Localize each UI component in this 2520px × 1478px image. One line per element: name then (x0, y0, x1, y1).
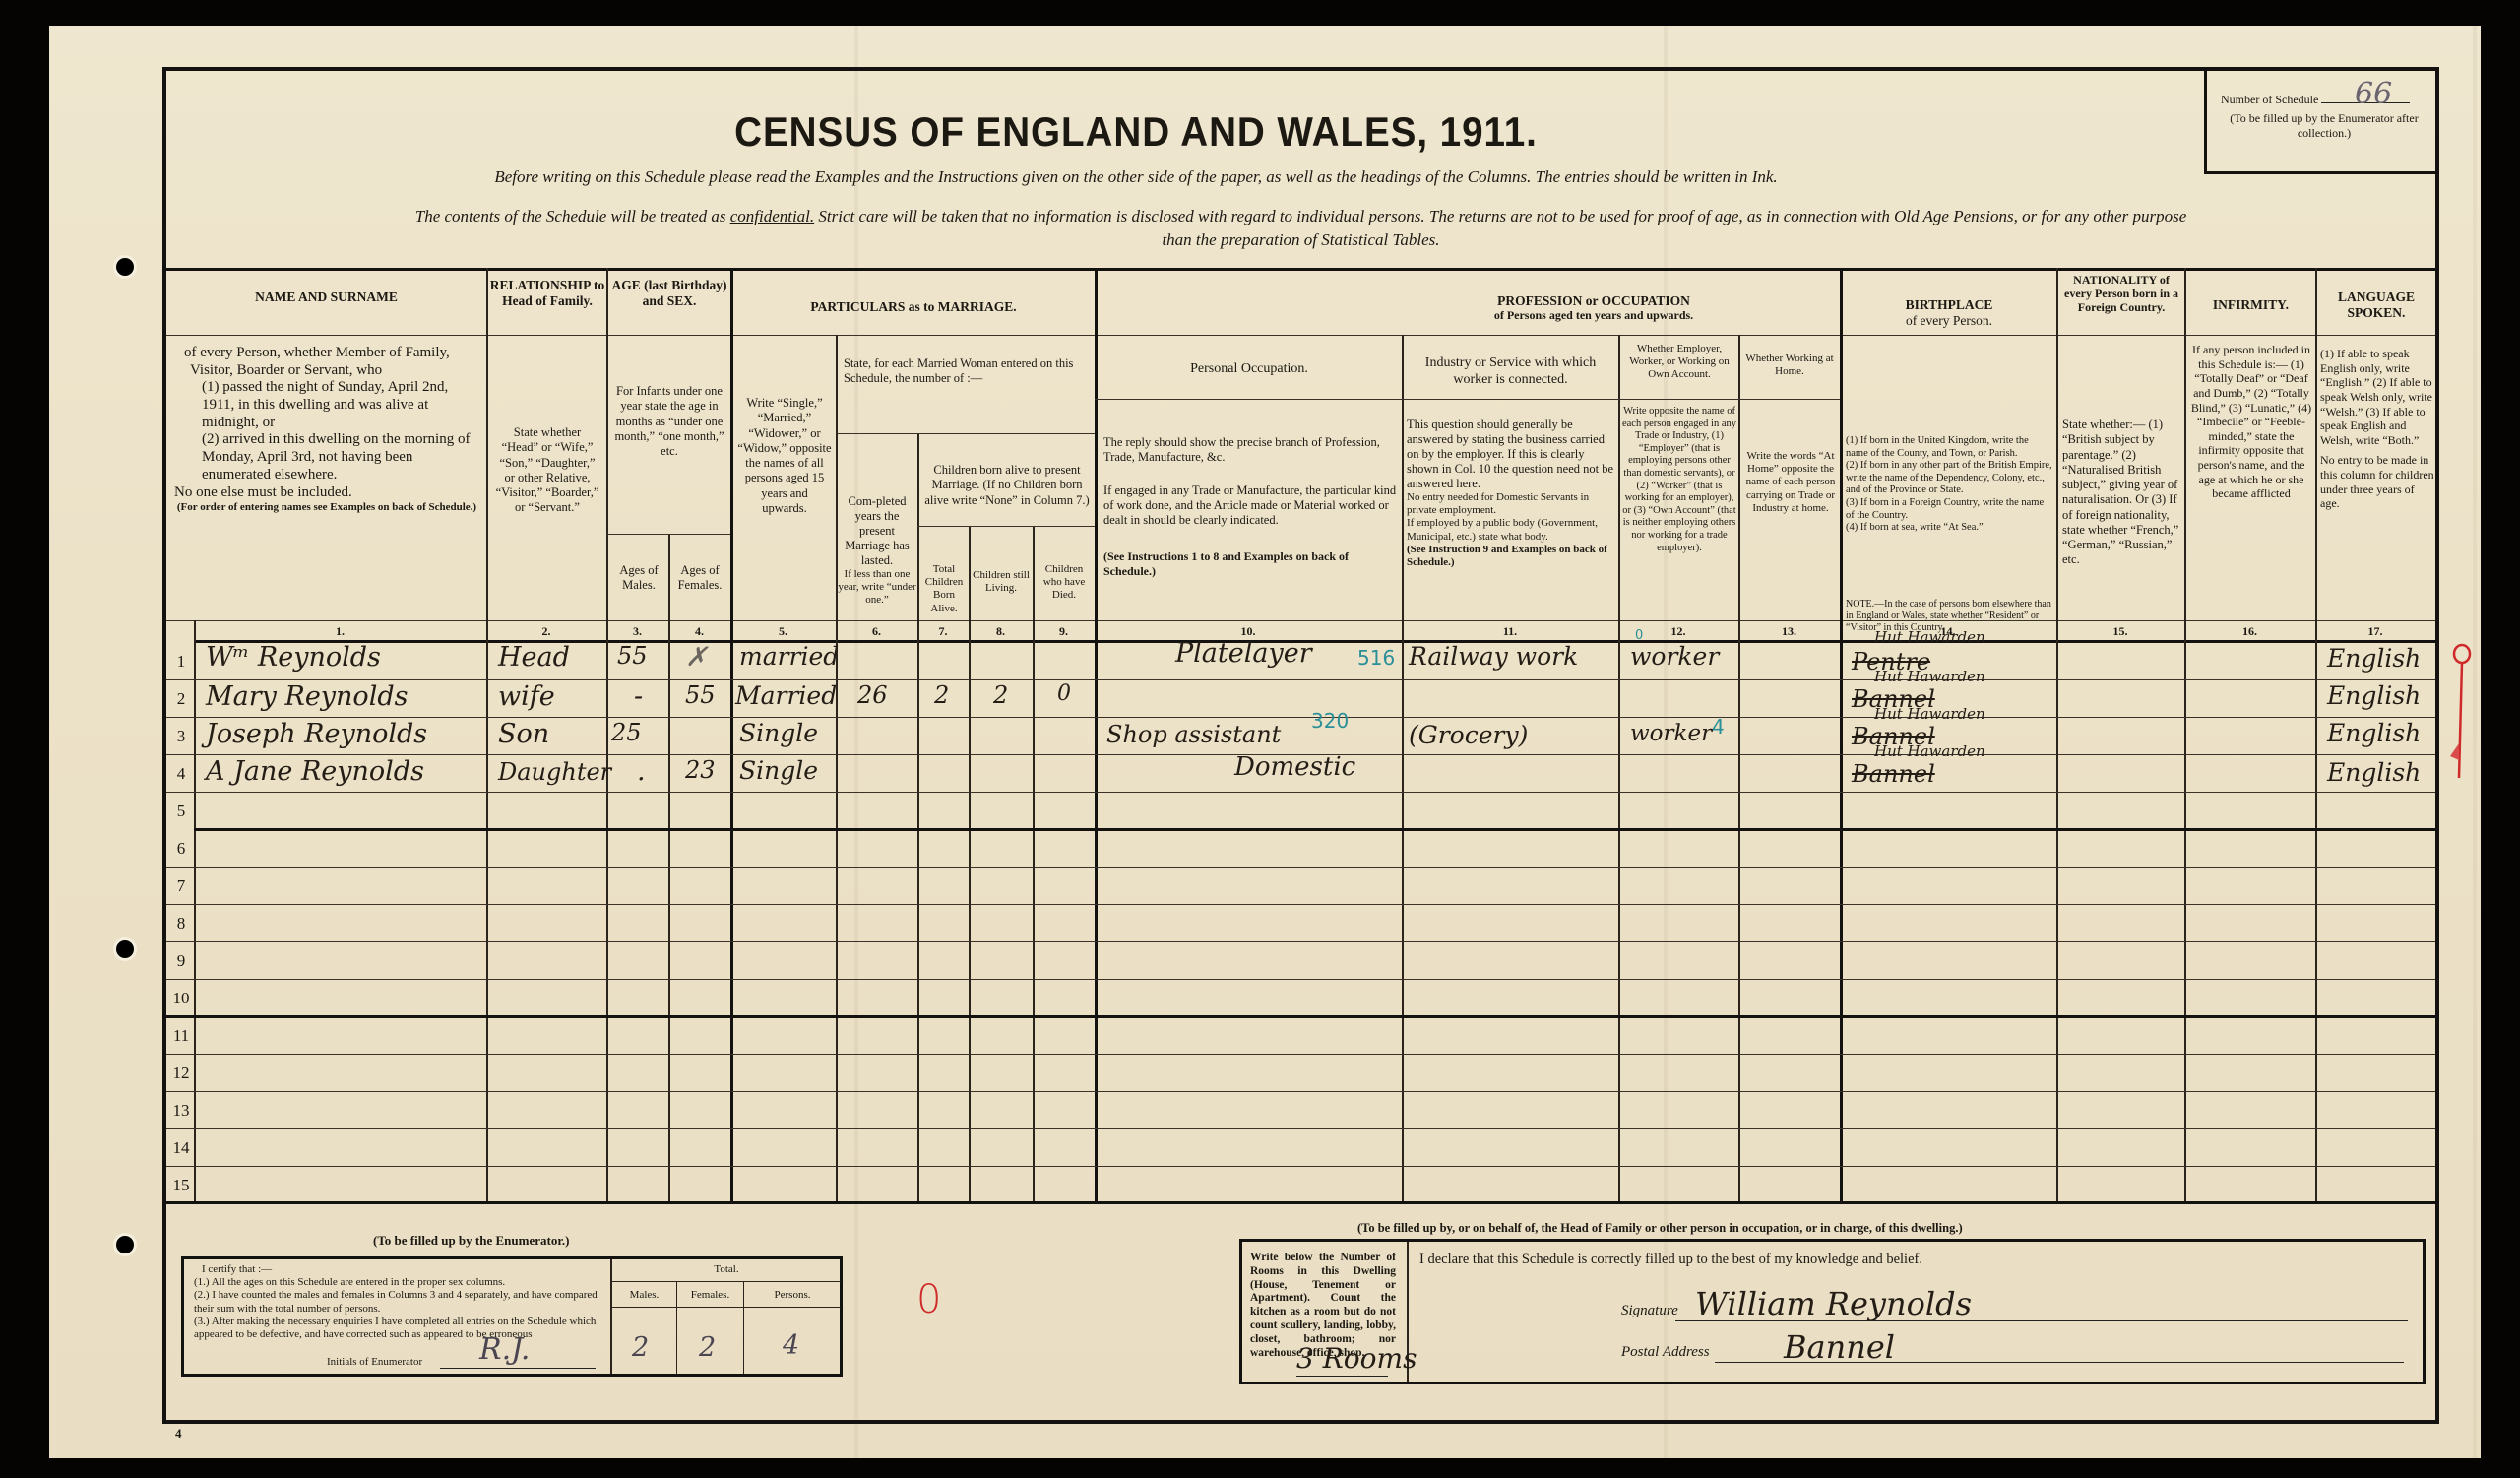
schedule-number-box: Number of Schedule 66 (To be filled up b… (2204, 71, 2435, 174)
row-number: 10 (166, 989, 196, 1008)
females-label: Females. (677, 1289, 743, 1302)
person-birthplace: Bannel (1852, 760, 1935, 788)
males-label: Males. (612, 1289, 676, 1302)
header-age-desc: For Infants under one year state the age… (611, 384, 727, 459)
person-age-female: ✗ (685, 642, 708, 673)
row-number: 4 (166, 764, 196, 784)
red-margin-mark (2446, 640, 2476, 788)
signature-value: William Reynolds (1695, 1285, 1972, 1322)
schedule-number-note: (To be filled up by the Enumerator after… (2221, 111, 2427, 141)
total-rule (612, 1281, 841, 1282)
birthplace-correction: Hut Hawarden (1874, 705, 1985, 723)
person-relationship: Head (498, 642, 570, 673)
row-number: 14 (166, 1138, 196, 1158)
header-industry-desc: This question should generally be answer… (1407, 418, 1615, 569)
enumerator-initials-label: Initials of Enumerator (327, 1356, 422, 1369)
children-died: 0 (1057, 681, 1071, 706)
col-divider-14 (2056, 268, 2058, 1201)
header-marriage-children: Children born alive to present Marriage.… (920, 463, 1094, 508)
person-industry: Railway work (1409, 642, 1578, 671)
header-language: LANGUAGE SPOKEN. (2317, 289, 2435, 320)
col-divider-5 (836, 335, 838, 1201)
header-industry: Industry or Service with which worker is… (1405, 354, 1616, 388)
person-industry: (Grocery) (1409, 721, 1528, 749)
rooms-underline (1296, 1376, 1388, 1377)
person-occupation: Platelayer (1175, 638, 1312, 669)
postal-address-value: Bannel (1784, 1328, 1895, 1366)
age-subheader-rule (606, 534, 730, 535)
enumerator-certificate-box: I certify that :— (1.) All the ages on t… (181, 1256, 843, 1377)
person-name: Joseph Reynolds (206, 719, 427, 749)
schedule-number-label: Number of Schedule (2221, 93, 2318, 106)
person-age-female: 23 (685, 756, 716, 784)
confidential-line-2: than the preparation of Statistical Tabl… (166, 230, 2435, 250)
schedule-number-value: 66 (2355, 77, 2392, 111)
person-employment: worker (1630, 721, 1712, 746)
schedule-frame: CENSUS OF ENGLAND AND WALES, 1911. Befor… (162, 67, 2439, 1424)
row-line-9 (166, 979, 2435, 980)
header-marriage: PARTICULARS as to MARRIAGE. (732, 299, 1095, 315)
punch-hole-bottom (116, 1236, 134, 1253)
header-infirmity-desc: If any person included in this Schedule … (2189, 343, 2313, 501)
person-age-female: 55 (685, 681, 716, 709)
person-marital: married (739, 642, 839, 671)
row-line-6 (166, 867, 2435, 868)
page-mark: 4 (175, 1426, 182, 1442)
row-line-8 (166, 941, 2435, 942)
person-occupation: Shop assistant (1106, 721, 1281, 748)
total-rule-2 (612, 1307, 841, 1308)
row-number: 1 (166, 652, 196, 672)
employment-code: 0 (1635, 628, 1643, 643)
person-relationship: wife (498, 681, 555, 712)
header-marriage-completed: Com-pleted years the present Marriage ha… (838, 494, 916, 608)
total-females: 2 (699, 1332, 716, 1363)
header-language-desc: (1) If able to speak English only, write… (2320, 347, 2434, 511)
row-line-2 (166, 717, 2435, 718)
person-name: Wᵐ Reynolds (206, 642, 381, 673)
occupation-code: 320 (1311, 709, 1349, 733)
birthplace-correction: Hut Hawarden (1874, 668, 1985, 685)
person-age-male: 55 (617, 642, 648, 670)
header-total-born: Total Children Born Alive. (919, 563, 969, 615)
row-number: 9 (166, 951, 196, 971)
punch-hole-top (116, 258, 134, 276)
person-age-male: . (637, 756, 646, 787)
col-divider-6 (917, 433, 919, 1201)
col-divider-1 (486, 268, 488, 1201)
row-line-12 (166, 1091, 2435, 1092)
instruction-line: Before writing on this Schedule please r… (166, 167, 2106, 187)
children-living: 2 (993, 681, 1008, 709)
row-line-7 (166, 904, 2435, 905)
row-number: 6 (166, 839, 196, 859)
table-top-rule (166, 268, 2435, 271)
header-name: NAME AND SURNAME (166, 289, 486, 305)
marriage-subheader-rule (836, 433, 1095, 434)
col-divider-15 (2184, 268, 2186, 1201)
declaration-text: I declare that this Schedule is correctl… (1419, 1252, 1922, 1268)
person-name: Mary Reynolds (206, 681, 408, 712)
birthplace-correction: Hut Hawarden (1874, 628, 1985, 646)
postal-address-label: Postal Address (1621, 1344, 1710, 1361)
householder-box: Write below the Number of Rooms in this … (1239, 1239, 2425, 1384)
employment-code: 4 (1712, 715, 1725, 739)
header-birthplace-desc: (1) If born in the United Kingdom, write… (1846, 435, 2052, 535)
initials-underline (440, 1368, 596, 1369)
col-divider-11 (1618, 335, 1620, 1201)
total-divider (610, 1259, 612, 1374)
header-marriage-write: Write “Single,” “Married,” “Widower,” or… (737, 396, 832, 516)
person-employment: worker (1630, 642, 1719, 671)
person-marital: Single (739, 719, 818, 747)
header-home-desc: Write the words “At Home” opposite the n… (1743, 450, 1838, 515)
row-line-13 (166, 1128, 2435, 1129)
header-relationship-desc: State whether “Head” or “Wife,” “Son,” “… (494, 425, 600, 516)
col-divider-2 (606, 268, 608, 1201)
person-marital: Married (735, 681, 837, 710)
header-split-rule (166, 335, 2435, 336)
enumerator-certify-text: I certify that :— (1.) All the ages on t… (194, 1263, 607, 1341)
header-employer-desc: Write opposite the name of each person e… (1621, 406, 1737, 554)
row-number: 7 (166, 876, 196, 896)
row-number: 8 (166, 914, 196, 933)
table-bottom-rule (166, 1201, 2435, 1204)
colnum-top-rule (166, 620, 2435, 621)
enumerator-heading: (To be filled up by the Enumerator.) (373, 1233, 569, 1249)
header-nationality: NATIONALITY of every Person born in a Fo… (2058, 274, 2184, 314)
birthplace-correction: Hut Hawarden (1874, 742, 1985, 760)
row-line-5 (194, 828, 2435, 831)
punch-hole-middle (116, 940, 134, 958)
header-age-males: Ages of Males. (609, 563, 668, 594)
total-label: Total. (612, 1263, 841, 1276)
header-employer: Whether Employer, Worker, or Working on … (1621, 343, 1737, 382)
header-age: AGE (last Birthday) and SEX. (608, 278, 730, 308)
header-marriage-state: State, for each Married Woman entered on… (844, 356, 1090, 387)
person-language: English (2327, 644, 2421, 673)
header-personal-occupation: Personal Occupation. (1097, 360, 1402, 377)
row-number: 13 (166, 1101, 196, 1121)
red-check-mark: 0 (916, 1277, 941, 1322)
row-number: 15 (166, 1176, 196, 1195)
header-nationality-desc: State whether:— (1) “British subject by … (2062, 418, 2180, 568)
row-number: 2 (166, 689, 196, 709)
occupation-code: 516 (1357, 646, 1395, 670)
header-birthplace: BIRTHPLACE of every Person. (1842, 297, 2056, 328)
row-line-10 (166, 1015, 2435, 1018)
person-language: English (2327, 719, 2421, 747)
row-number: 12 (166, 1063, 196, 1083)
col-divider-13 (1840, 268, 1843, 1201)
total-persons: 4 (783, 1330, 799, 1361)
householder-heading: (To be filled up by, or on behalf of, th… (1357, 1221, 1963, 1236)
signature-label: Signature (1621, 1303, 1678, 1319)
page-title: CENSUS OF ENGLAND AND WALES, 1911. (244, 108, 2028, 156)
employer-subheader-rule (1618, 399, 1840, 400)
header-still-living: Children still Living. (971, 569, 1032, 595)
years-married: 26 (857, 681, 888, 709)
confidential-text-a: The contents of the Schedule will be tre… (415, 207, 730, 225)
col-divider-16 (2315, 268, 2317, 1201)
person-name: A Jane Reynolds (206, 756, 424, 787)
header-age-females: Ages of Females. (670, 563, 729, 594)
row-line-4 (166, 792, 2435, 793)
total-males: 2 (632, 1332, 649, 1363)
header-died: Children who have Died. (1035, 563, 1094, 603)
row-line-11 (166, 1054, 2435, 1055)
person-language: English (2327, 681, 2421, 710)
confidential-text-b: Strict care will be taken that no inform… (814, 207, 2186, 225)
col-divider-9 (1095, 268, 1098, 1201)
header-relationship: RELATIONSHIP to Head of Family. (488, 278, 606, 308)
persons-label: Persons. (744, 1289, 841, 1302)
header-name-desc: of every Person, whether Member of Famil… (174, 345, 479, 514)
confidential-line: The contents of the Schedule will be tre… (166, 207, 2435, 226)
children-subheader-rule (917, 526, 1095, 527)
row-number: 3 (166, 727, 196, 746)
enumerator-initials: R.J. (479, 1332, 530, 1367)
header-home: Whether Working at Home. (1741, 353, 1838, 378)
person-age-male: - (634, 681, 643, 712)
col-divider-10 (1402, 335, 1404, 1201)
person-relationship: Son (498, 719, 549, 749)
children-born-alive: 2 (934, 681, 949, 709)
col-divider-4 (730, 268, 733, 1201)
occupation-subheader-rule (1095, 399, 1618, 400)
row-number: 5 (166, 802, 196, 821)
person-language: English (2327, 758, 2421, 787)
person-marital: Single (739, 756, 818, 785)
row-number: 11 (166, 1026, 196, 1046)
rooms-count: 3 Rooms (1296, 1342, 1417, 1375)
confidential-word: confidential. (730, 207, 814, 225)
row-line-1 (166, 679, 2435, 680)
header-infirmity: INFIRMITY. (2186, 297, 2315, 313)
row-line-14 (166, 1166, 2435, 1167)
col-divider-12 (1738, 335, 1740, 1201)
person-occupation: Domestic (1234, 752, 1355, 782)
person-relationship: Daughter (498, 758, 611, 786)
header-personal-occupation-desc: The reply should show the precise branch… (1103, 435, 1397, 579)
person-age-male: 25 (611, 719, 642, 746)
